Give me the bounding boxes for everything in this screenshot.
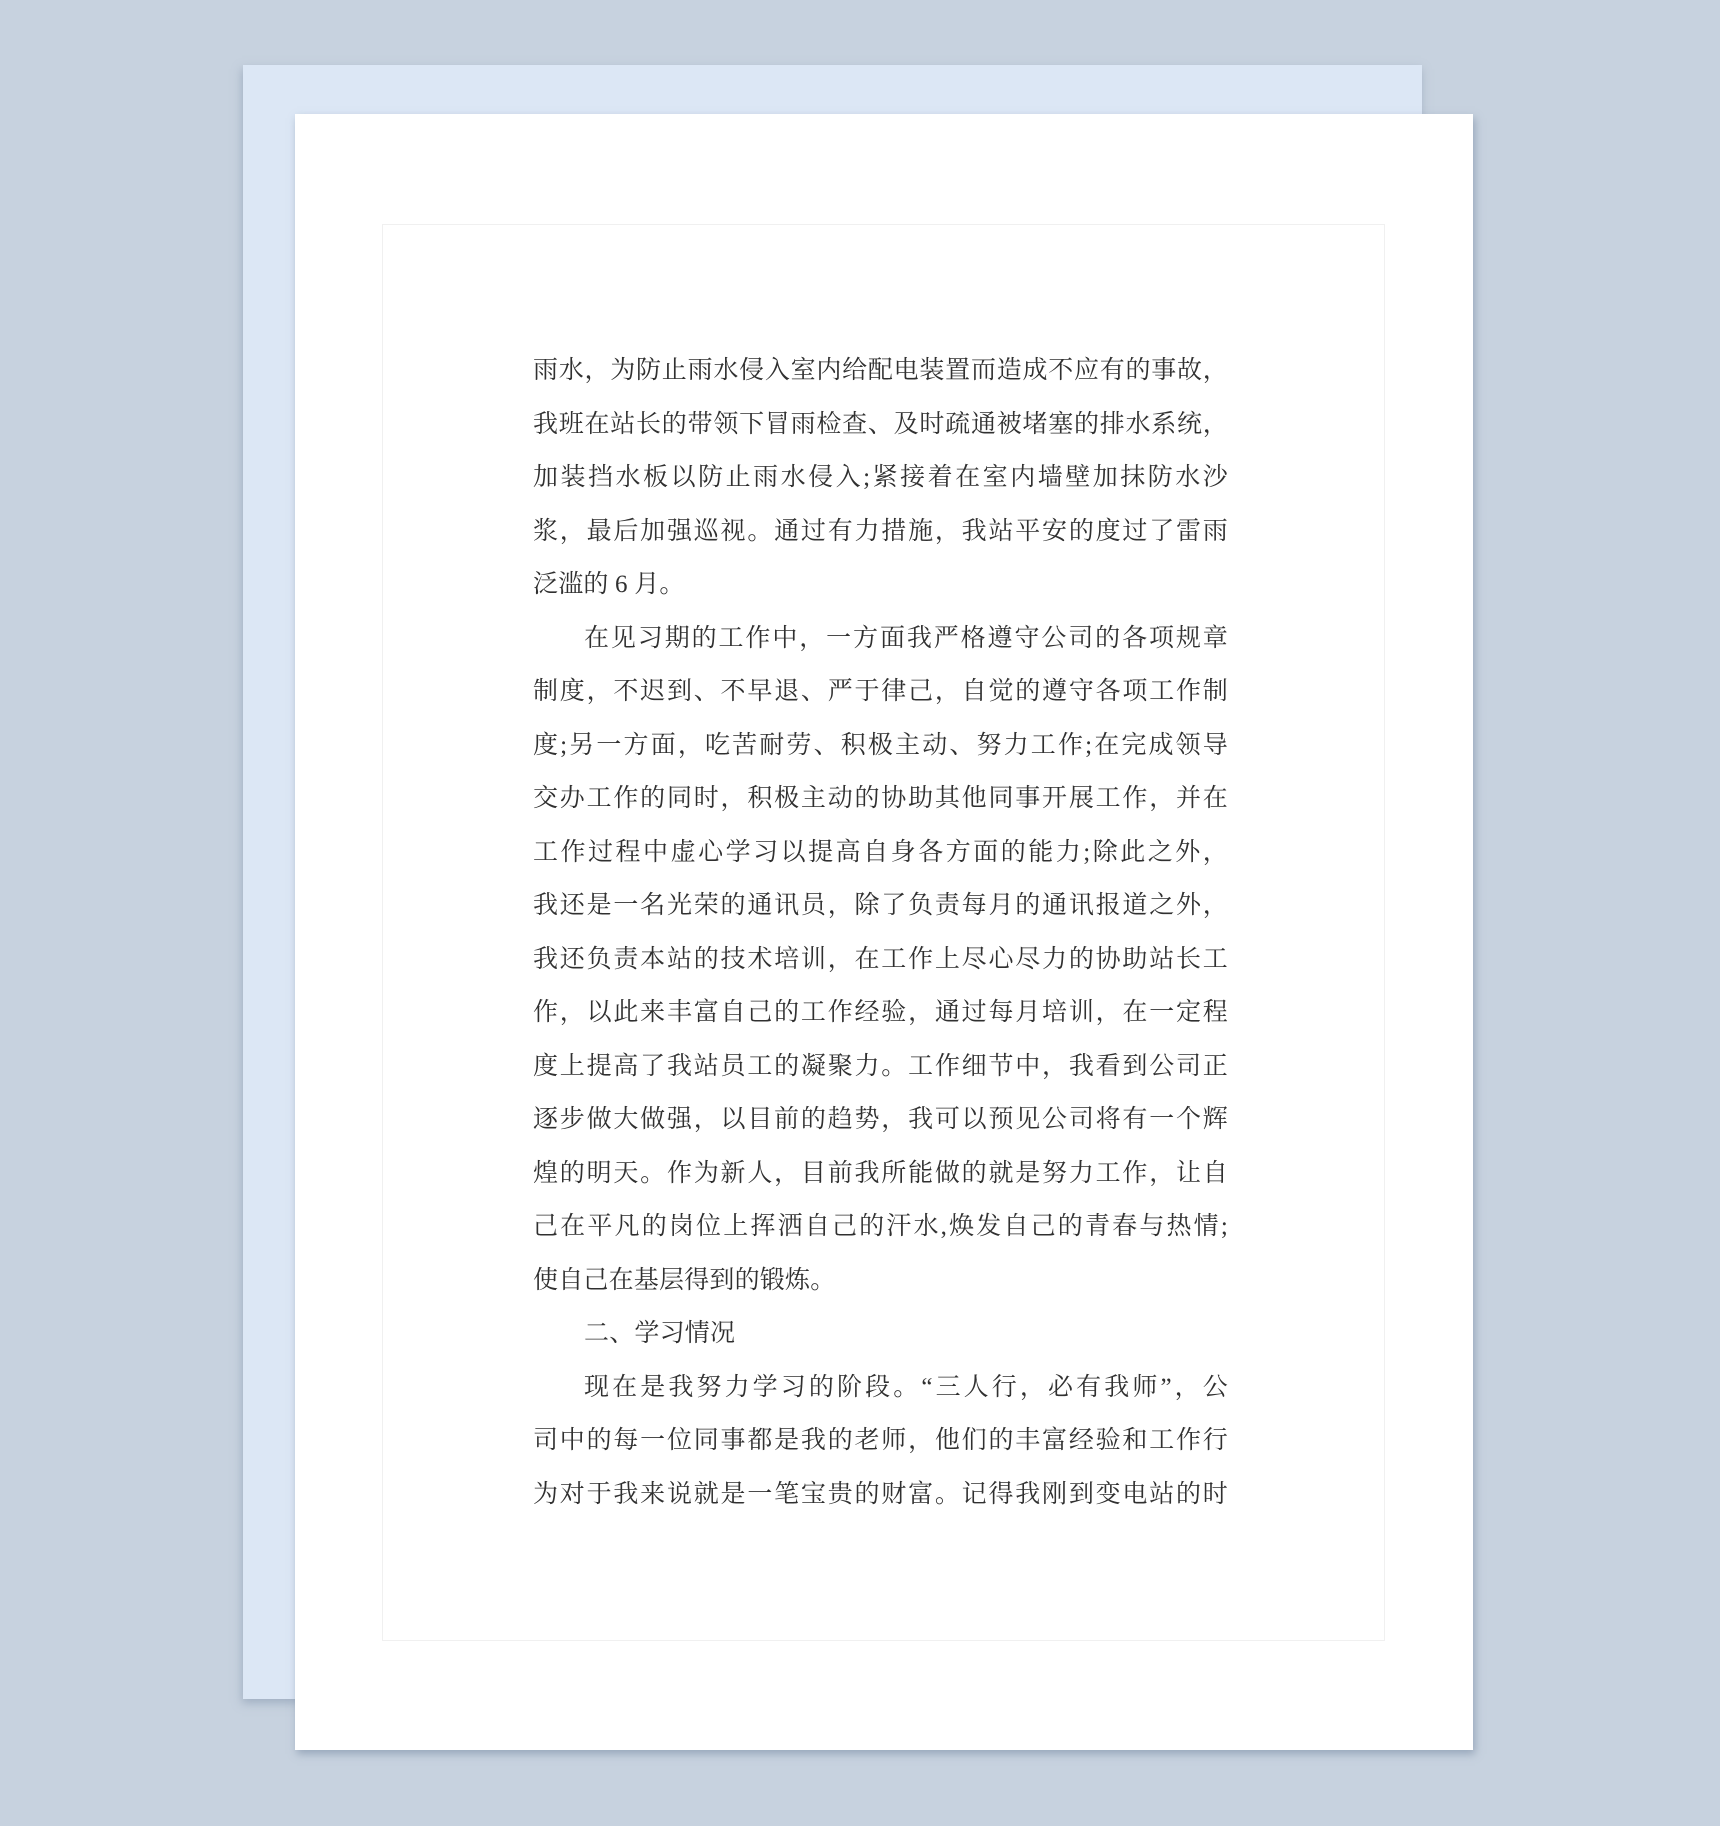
text-line: 为对于我来说就是一笔宝贵的财富。记得我刚到变电站的时 (533, 1468, 1228, 1522)
text-line: 雨水，为防止雨水侵入室内给配电装置而造成不应有的事故， (533, 344, 1228, 398)
text-line: 己在平凡的岗位上挥洒自己的汗水,焕发自己的青春与热情; (533, 1200, 1228, 1254)
text-line: 现在是我努力学习的阶段。“三人行，必有我师”，公 (533, 1361, 1228, 1415)
text-line: 加装挡水板以防止雨水侵入;紧接着在室内墙壁加抹防水沙 (533, 451, 1228, 505)
text-line: 度上提高了我站员工的凝聚力。工作细节中，我看到公司正 (533, 1040, 1228, 1094)
text-line: 我还是一名光荣的通讯员，除了负责每月的通讯报道之外， (533, 879, 1228, 933)
text-line: 使自己在基层得到的锻炼。 (533, 1254, 1228, 1308)
text-line: 我班在站长的带领下冒雨检查、及时疏通被堵塞的排水系统， (533, 398, 1228, 452)
document-text: 雨水，为防止雨水侵入室内给配电装置而造成不应有的事故，我班在站长的带领下冒雨检查… (533, 344, 1228, 1521)
text-line: 度;另一方面，吃苦耐劳、积极主动、努力工作;在完成领导 (533, 719, 1228, 773)
text-line: 交办工作的同时，积极主动的协助其他同事开展工作，并在 (533, 772, 1228, 826)
app-background: { "canvas": { "width": 1720, "height": 1… (0, 0, 1720, 1826)
text-line: 浆，最后加强巡视。通过有力措施，我站平安的度过了雷雨 (533, 505, 1228, 559)
text-line: 作，以此来丰富自己的工作经验，通过每月培训，在一定程 (533, 986, 1228, 1040)
text-line: 煌的明天。作为新人，目前我所能做的就是努力工作，让自 (533, 1147, 1228, 1201)
text-line: 我还负责本站的技术培训，在工作上尽心尽力的协助站长工 (533, 933, 1228, 987)
text-line: 司中的每一位同事都是我的老师，他们的丰富经验和工作行 (533, 1414, 1228, 1468)
text-line: 二、学习情况 (533, 1307, 1228, 1361)
text-line: 逐步做大做强，以目前的趋势，我可以预见公司将有一个辉 (533, 1093, 1228, 1147)
text-line: 制度，不迟到、不早退、严于律己，自觉的遵守各项工作制 (533, 665, 1228, 719)
text-line: 泛滥的 6 月。 (533, 558, 1228, 612)
text-line: 在见习期的工作中，一方面我严格遵守公司的各项规章 (533, 612, 1228, 666)
text-line: 工作过程中虚心学习以提高自身各方面的能力;除此之外， (533, 826, 1228, 880)
document-page: 雨水，为防止雨水侵入室内给配电装置而造成不应有的事故，我班在站长的带领下冒雨检查… (295, 114, 1473, 1750)
